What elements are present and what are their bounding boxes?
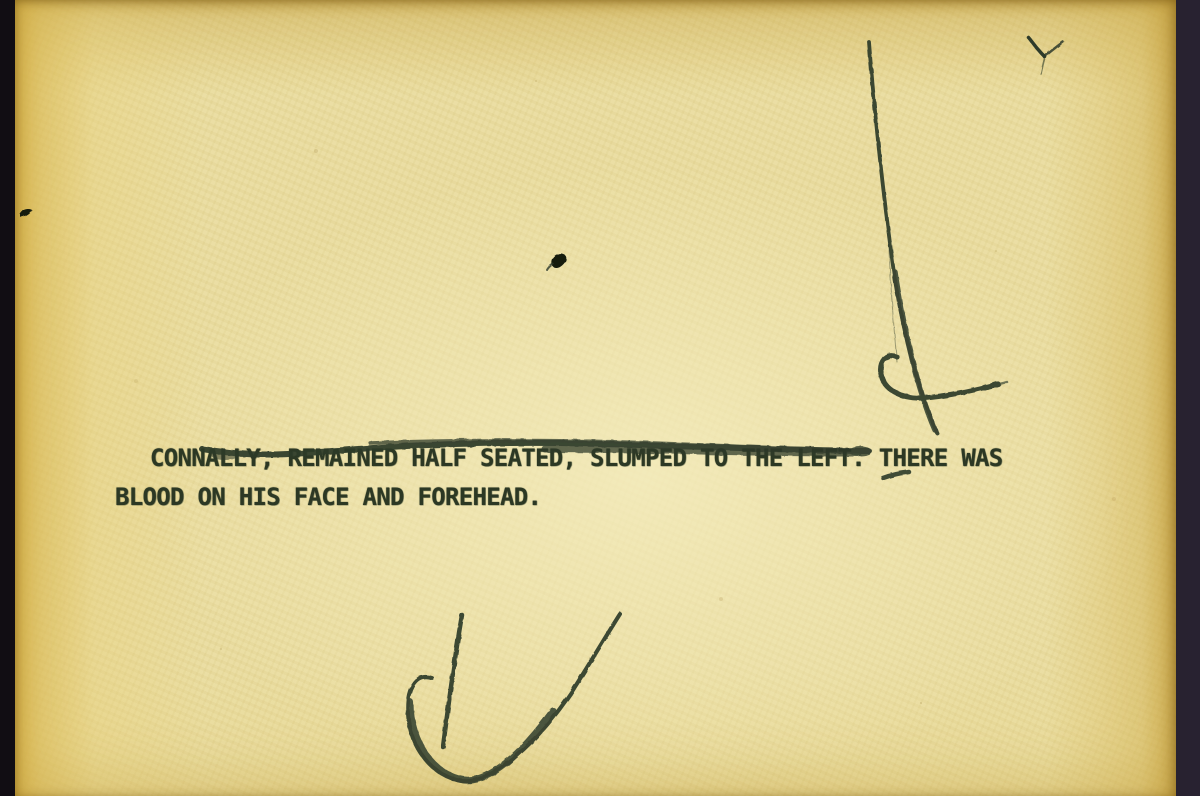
typewritten-line-2: BLOOD ON HIS FACE AND FOREHEAD. bbox=[115, 485, 541, 509]
typewritten-line-1: CONNALLY, REMAINED HALF SEATED, SLUMPED … bbox=[150, 446, 1002, 470]
scanned-document-photo: CONNALLY, REMAINED HALF SEATED, SLUMPED … bbox=[0, 0, 1200, 796]
paper-foxing-specks bbox=[15, 0, 17, 2]
document-page bbox=[15, 0, 1176, 796]
